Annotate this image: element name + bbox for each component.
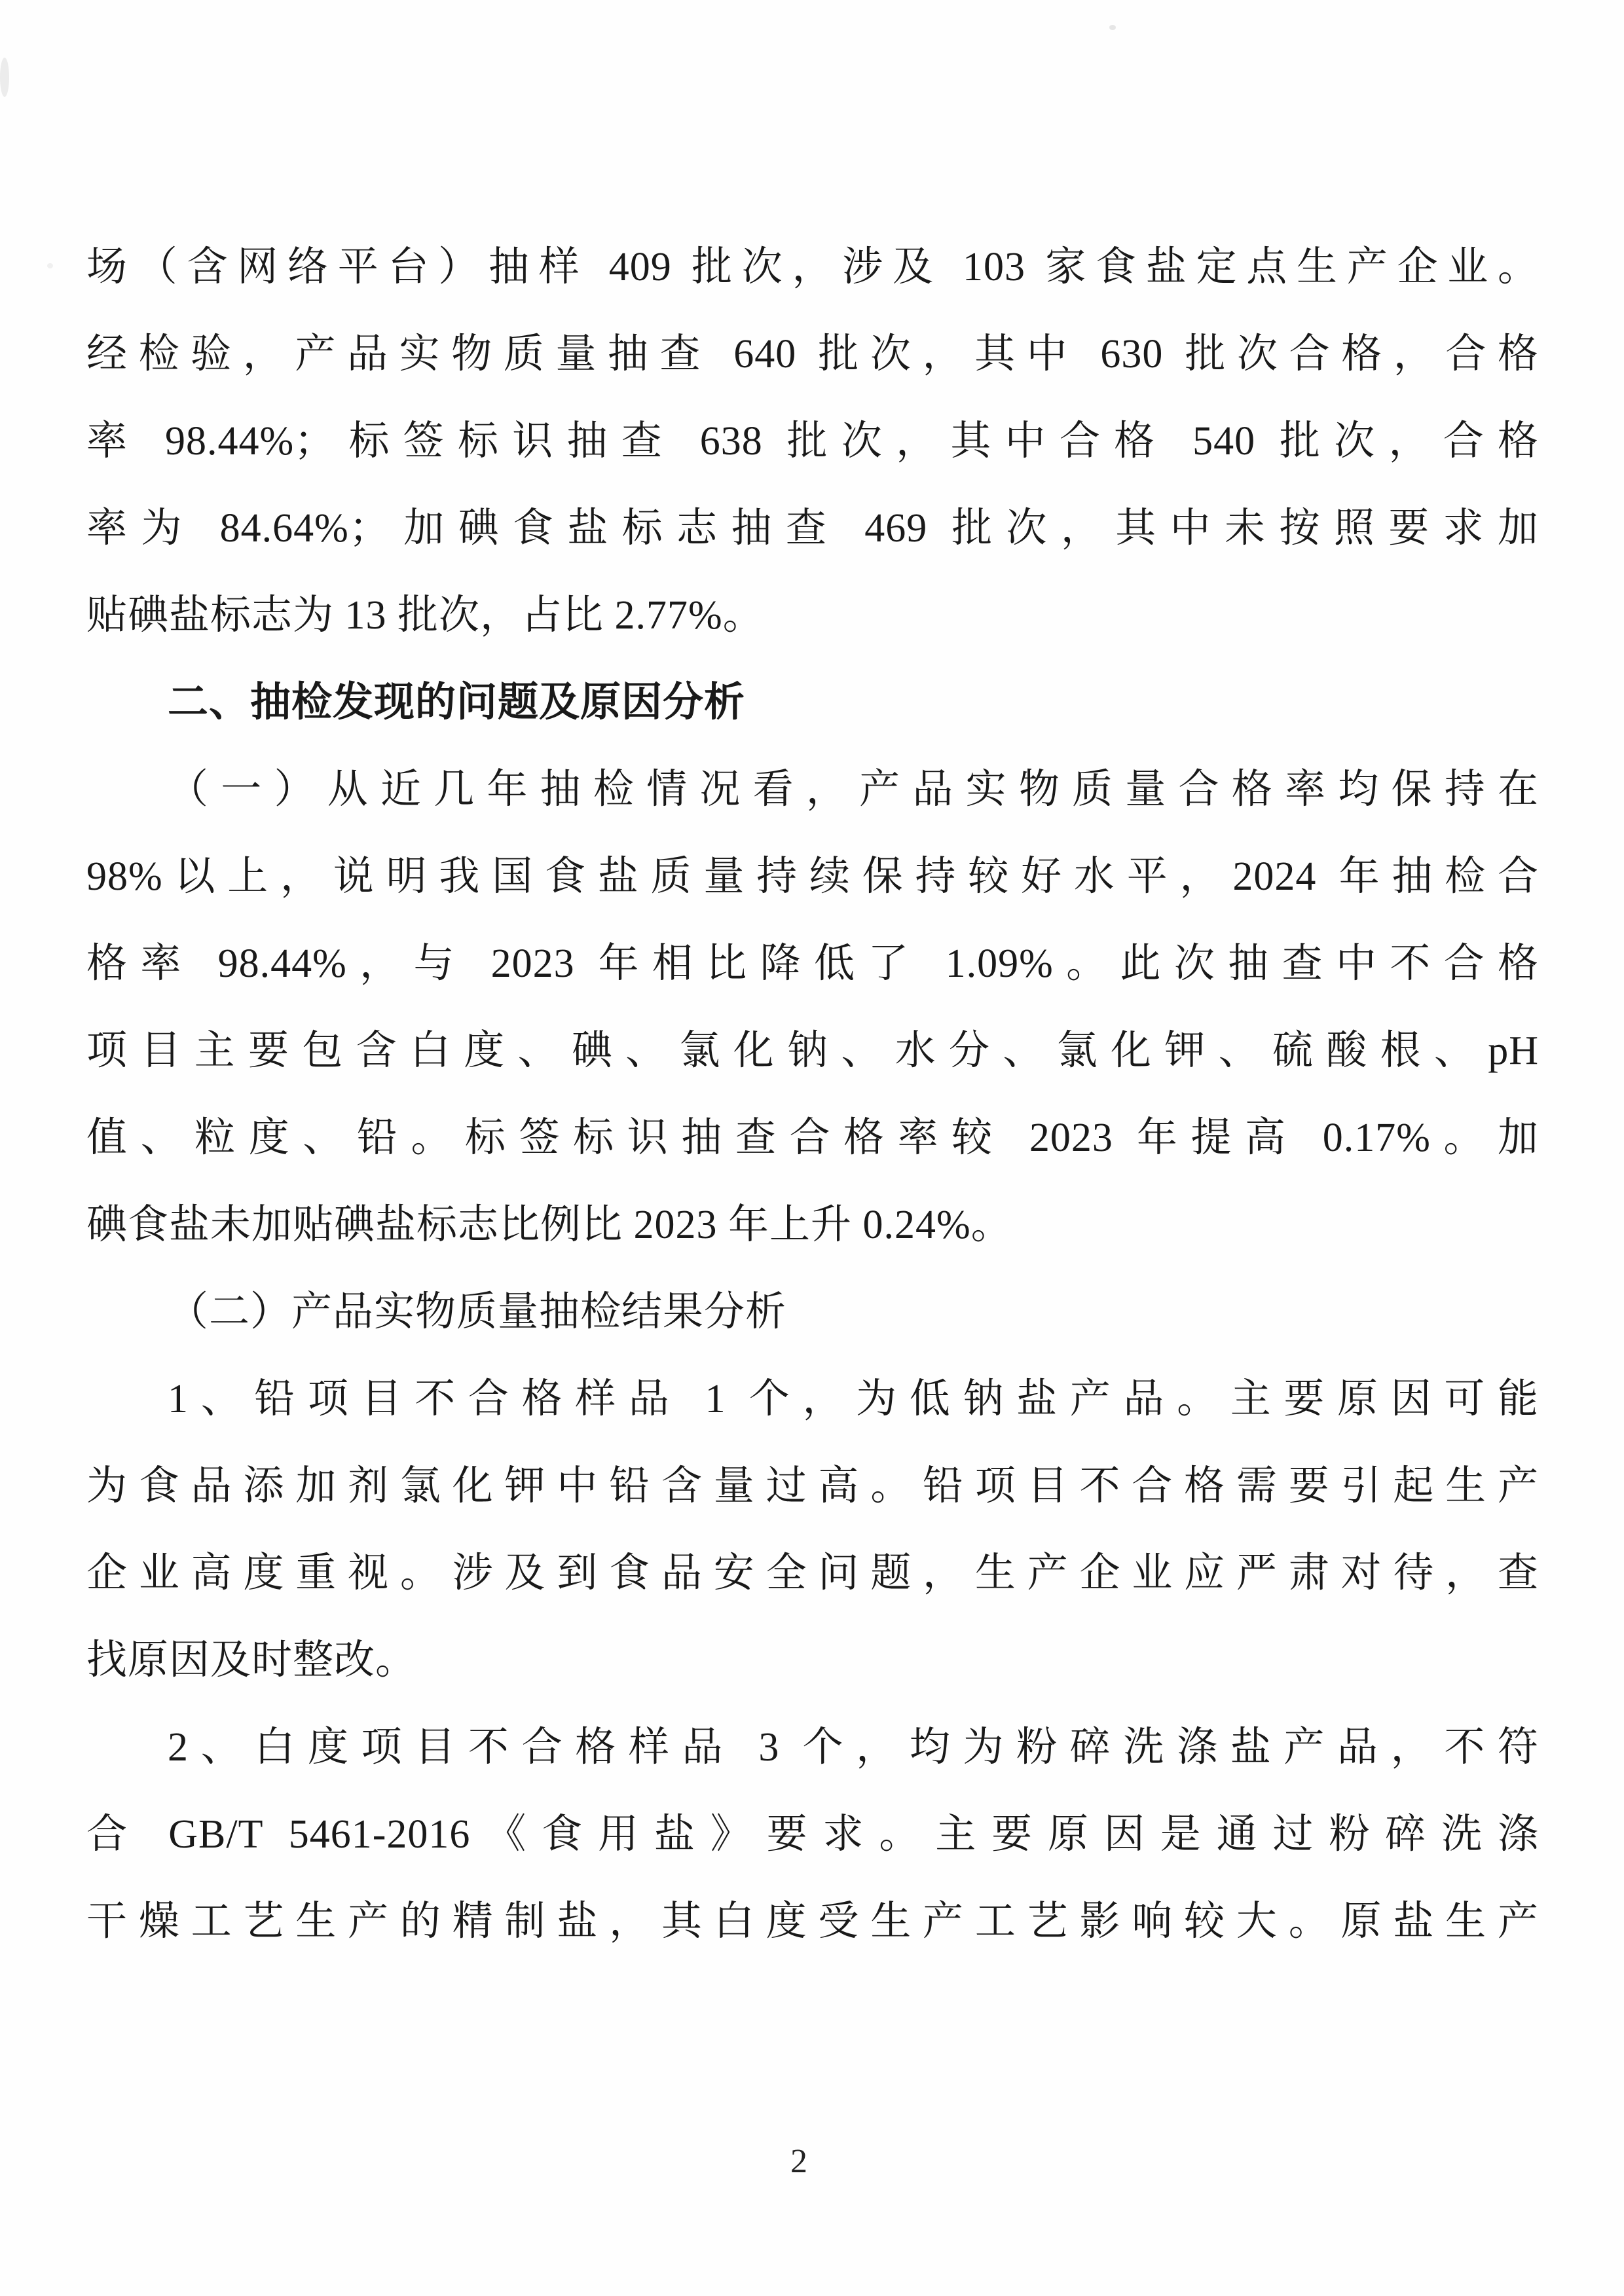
text-line: 企业高度重视。涉及到食品安全问题，生产企业应严肃对待，查 xyxy=(86,1530,1539,1617)
section-heading: 二、抽检发现的问题及原因分析 xyxy=(86,659,1539,746)
text-line: 率为 84.64%；加碘食盐标志抽查 469 批次，其中未按照要求加 xyxy=(86,485,1539,572)
text-line: 为食品添加剂氯化钾中铅含量过高。铅项目不合格需要引起生产 xyxy=(86,1443,1539,1530)
scan-artifact xyxy=(1109,25,1116,30)
text-line: 场（含网络平台）抽样 409 批次，涉及 103 家食盐定点生产企业。 xyxy=(86,224,1539,311)
subsection-heading: （二）产品实物质量抽检结果分析 xyxy=(86,1269,1539,1356)
text-line: 1、铅项目不合格样品 1 个，为低钠盐产品。主要原因可能 xyxy=(86,1356,1539,1443)
text-line: 率 98.44%；标签标识抽查 638 批次，其中合格 540 批次，合格 xyxy=(86,398,1539,485)
text-line: 贴碘盐标志为 13 批次，占比 2.77%。 xyxy=(86,572,1539,659)
scan-artifact xyxy=(47,263,53,268)
text-line: 经检验，产品实物质量抽查 640 批次，其中 630 批次合格，合格 xyxy=(86,311,1539,398)
text-line: 找原因及时整改。 xyxy=(86,1617,1539,1704)
text-line: 碘食盐未加贴碘盐标志比例比 2023 年上升 0.24%。 xyxy=(86,1182,1539,1269)
document-page: 场（含网络平台）抽样 409 批次，涉及 103 家食盐定点生产企业。 经检验，… xyxy=(0,0,1624,2296)
text-line: 98%以上，说明我国食盐质量持续保持较好水平，2024 年抽检合 xyxy=(86,833,1539,920)
text-line: 2、白度项目不合格样品 3 个，均为粉碎洗涤盐产品，不符 xyxy=(86,1704,1539,1791)
scan-artifact xyxy=(0,58,9,97)
document-body: 场（含网络平台）抽样 409 批次，涉及 103 家食盐定点生产企业。 经检验，… xyxy=(86,224,1539,1965)
text-line: 合 GB/T 5461-2016《食用盐》要求。主要原因是通过粉碎洗涤 xyxy=(86,1791,1539,1878)
text-line: 项目主要包含白度、碘、氯化钠、水分、氯化钾、硫酸根、pH xyxy=(86,1008,1539,1095)
text-line: 干燥工艺生产的精制盐，其白度受生产工艺影响较大。原盐生产 xyxy=(86,1878,1539,1965)
text-line: 值、粒度、铅。标签标识抽查合格率较 2023 年提高 0.17%。加 xyxy=(86,1095,1539,1182)
text-line: 格率 98.44%，与 2023 年相比降低了 1.09%。此次抽查中不合格 xyxy=(86,920,1539,1008)
text-line: （一）从近几年抽检情况看，产品实物质量合格率均保持在 xyxy=(86,746,1539,833)
page-number: 2 xyxy=(0,2142,1598,2181)
